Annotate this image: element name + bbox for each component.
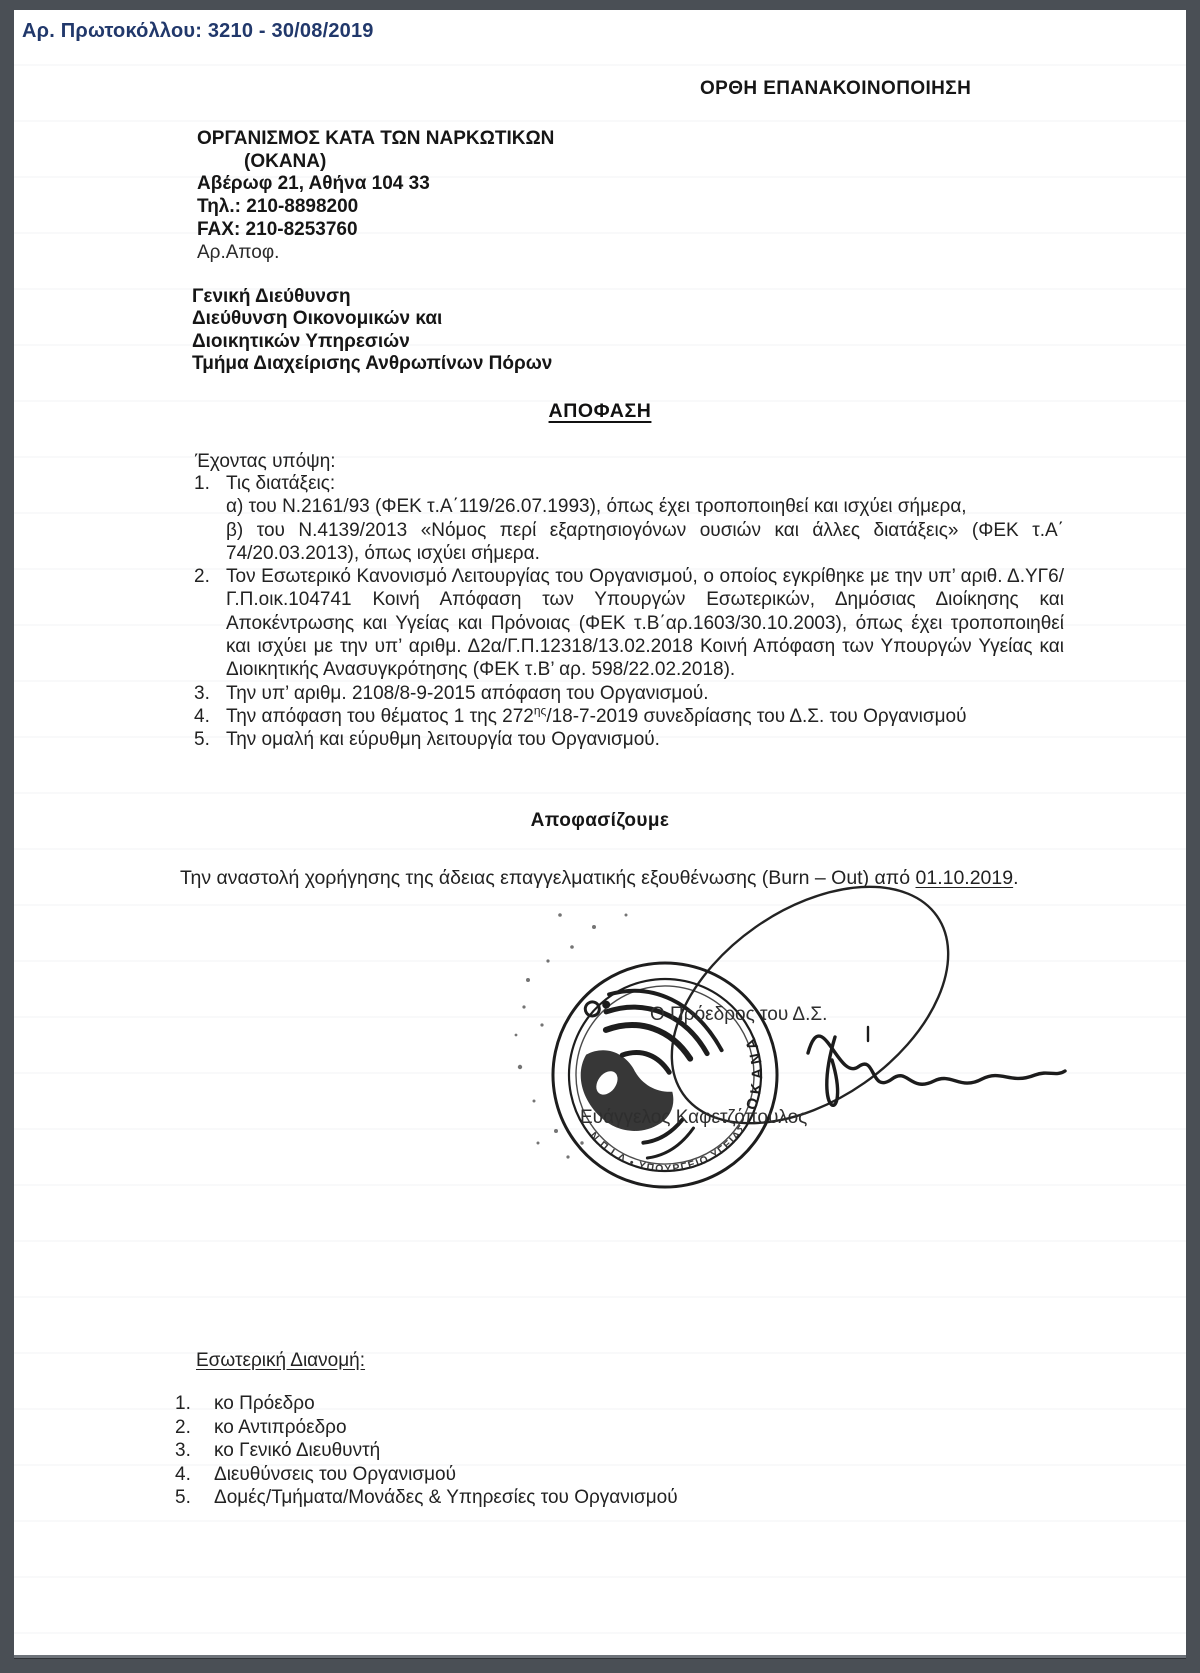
org-name: ΟΡΓΑΝΙΣΜΟΣ ΚΑΤΑ ΤΩΝ ΝΑΡΚΩΤΙΚΩΝ bbox=[197, 128, 554, 151]
distribution-item: 1. κο Πρόεδρο bbox=[175, 1392, 678, 1416]
item-text: Τον Εσωτερικό Κανονισμό Λειτουργίας του … bbox=[226, 565, 1064, 681]
item-number: 4. bbox=[175, 1463, 214, 1487]
distribution-item: 5. Δομές/Τμήματα/Μονάδες & Υπηρεσίες του… bbox=[175, 1486, 678, 1510]
document-viewer: Αρ. Πρωτοκόλλου: 3210 - 30/08/2019 ΟΡΘΗ … bbox=[0, 0, 1200, 1673]
item-text: Διευθύνσεις του Οργανισμού bbox=[214, 1463, 456, 1487]
department-block: Γενική Διεύθυνση Διεύθυνση Οικονομικών κ… bbox=[192, 286, 552, 376]
consideration-item: 5. Την ομαλή και εύρυθμη λειτουργία του … bbox=[194, 728, 1064, 751]
item-number: 1. bbox=[194, 472, 226, 495]
decide-heading: Αποφασίζουμε bbox=[14, 810, 1186, 832]
item-number: 2. bbox=[175, 1416, 214, 1440]
department-line: Γενική Διεύθυνση bbox=[192, 286, 552, 308]
consideration-item: 1. Τις διατάξεις: bbox=[194, 472, 1064, 495]
item-text: κο Γενικό Διευθυντή bbox=[214, 1439, 380, 1463]
distribution-item: 4. Διευθύνσεις του Οργανισμού bbox=[175, 1463, 678, 1487]
signer-role: Ο Πρόεδρος του Δ.Σ. bbox=[650, 1004, 827, 1026]
distribution-heading: Εσωτερική Διανομή: bbox=[196, 1350, 365, 1372]
item-number: 2. bbox=[194, 565, 226, 681]
preamble-intro: Έχοντας υπόψη: bbox=[195, 451, 336, 473]
item-number: 1. bbox=[175, 1392, 214, 1416]
protocol-number: Αρ. Πρωτοκόλλου: 3210 - 30/08/2019 bbox=[22, 20, 374, 43]
item-text: Την ομαλή και εύρυθμη λειτουργία του Οργ… bbox=[226, 728, 1064, 751]
org-address: Αβέρωφ 21, Αθήνα 104 33 bbox=[197, 173, 554, 196]
consideration-item: 2. Τον Εσωτερικό Κανονισμό Λειτουργίας τ… bbox=[194, 565, 1064, 681]
org-header: ΟΡΓΑΝΙΣΜΟΣ ΚΑΤΑ ΤΩΝ ΝΑΡΚΩΤΙΚΩΝ (ΟΚΑΝΑ) Α… bbox=[197, 128, 554, 264]
department-line: Διοικητικών Υπηρεσιών bbox=[192, 331, 552, 353]
consideration-item: 3. Την υπ’ αριθμ. 2108/8-9-2015 απόφαση … bbox=[194, 682, 1064, 705]
official-seal-and-signature: Ν.Π.Ι.Δ • ΥΠΟΥΡΓΕΙΟ ΥΓΕΙΑΣ ΟΚΑΝΑ bbox=[490, 885, 1110, 1225]
decision-number-label: Αρ.Αποφ. bbox=[197, 242, 554, 265]
item-text: κο Πρόεδρο bbox=[214, 1392, 315, 1416]
ordinal-superscript: ης bbox=[534, 704, 546, 718]
distribution-item: 2. κο Αντιπρόεδρο bbox=[175, 1416, 678, 1440]
consideration-item: 4. Την απόφαση του θέματος 1 της 272ης/1… bbox=[194, 705, 1064, 728]
item-text: Την υπ’ αριθμ. 2108/8-9-2015 απόφαση του… bbox=[226, 682, 1064, 705]
org-abbr: (ΟΚΑΝΑ) bbox=[244, 151, 554, 174]
distribution-item: 3. κο Γενικό Διευθυντή bbox=[175, 1439, 678, 1463]
item-number: 5. bbox=[194, 728, 226, 751]
screenshot-root: { "doc": { "protocol_line": "Αρ. Πρωτοκό… bbox=[0, 0, 1200, 1673]
reissue-notice: ΟΡΘΗ ΕΠΑΝΑΚΟΙΝΟΠΟΙΗΣΗ bbox=[700, 78, 971, 100]
item-number: 3. bbox=[194, 682, 226, 705]
department-line: Τμήμα Διαχείρισης Ανθρωπίνων Πόρων bbox=[192, 353, 552, 375]
sub-item: β) του Ν.4139/2013 «Νόμος περί εξαρτησιο… bbox=[226, 519, 1064, 566]
org-phone: Τηλ.: 210-8898200 bbox=[197, 196, 554, 219]
considerations-list: 1. Τις διατάξεις: α) του Ν.2161/93 (ΦΕΚ … bbox=[194, 472, 1064, 752]
scanned-page: Αρ. Πρωτοκόλλου: 3210 - 30/08/2019 ΟΡΘΗ … bbox=[14, 10, 1186, 1658]
decision-heading: ΑΠΟΦΑΣΗ bbox=[14, 400, 1186, 423]
item-text: Δομές/Τμήματα/Μονάδες & Υπηρεσίες του Ορ… bbox=[214, 1486, 678, 1510]
item-text: Την απόφαση του θέματος 1 της 272ης/18-7… bbox=[226, 705, 1064, 728]
org-fax: FAX: 210-8253760 bbox=[197, 219, 554, 242]
item-number: 5. bbox=[175, 1486, 214, 1510]
svg-text:ΟΚΑΝΑ: ΟΚΑΝΑ bbox=[710, 1028, 794, 1118]
signer-name: Ευάγγελος Καφετζόπουλος bbox=[580, 1107, 807, 1129]
sub-item: α) του Ν.2161/93 (ΦΕΚ τ.Α΄119/26.07.1993… bbox=[226, 495, 1064, 518]
item-text: κο Αντιπρόεδρο bbox=[214, 1416, 347, 1440]
item-text: Τις διατάξεις: bbox=[226, 472, 1064, 495]
department-line: Διεύθυνση Οικονομικών και bbox=[192, 308, 552, 330]
stamp-org-text: ΟΚΑΝΑ bbox=[710, 1028, 794, 1118]
item-number: 3. bbox=[175, 1439, 214, 1463]
item-number: 4. bbox=[194, 705, 226, 728]
okana-seal-icon: Ν.Π.Ι.Δ • ΥΠΟΥΡΓΕΙΟ ΥΓΕΙΑΣ ΟΚΑΝΑ bbox=[510, 920, 820, 1230]
distribution-list: 1. κο Πρόεδρο 2. κο Αντιπρόεδρο 3. κο Γε… bbox=[175, 1392, 678, 1510]
